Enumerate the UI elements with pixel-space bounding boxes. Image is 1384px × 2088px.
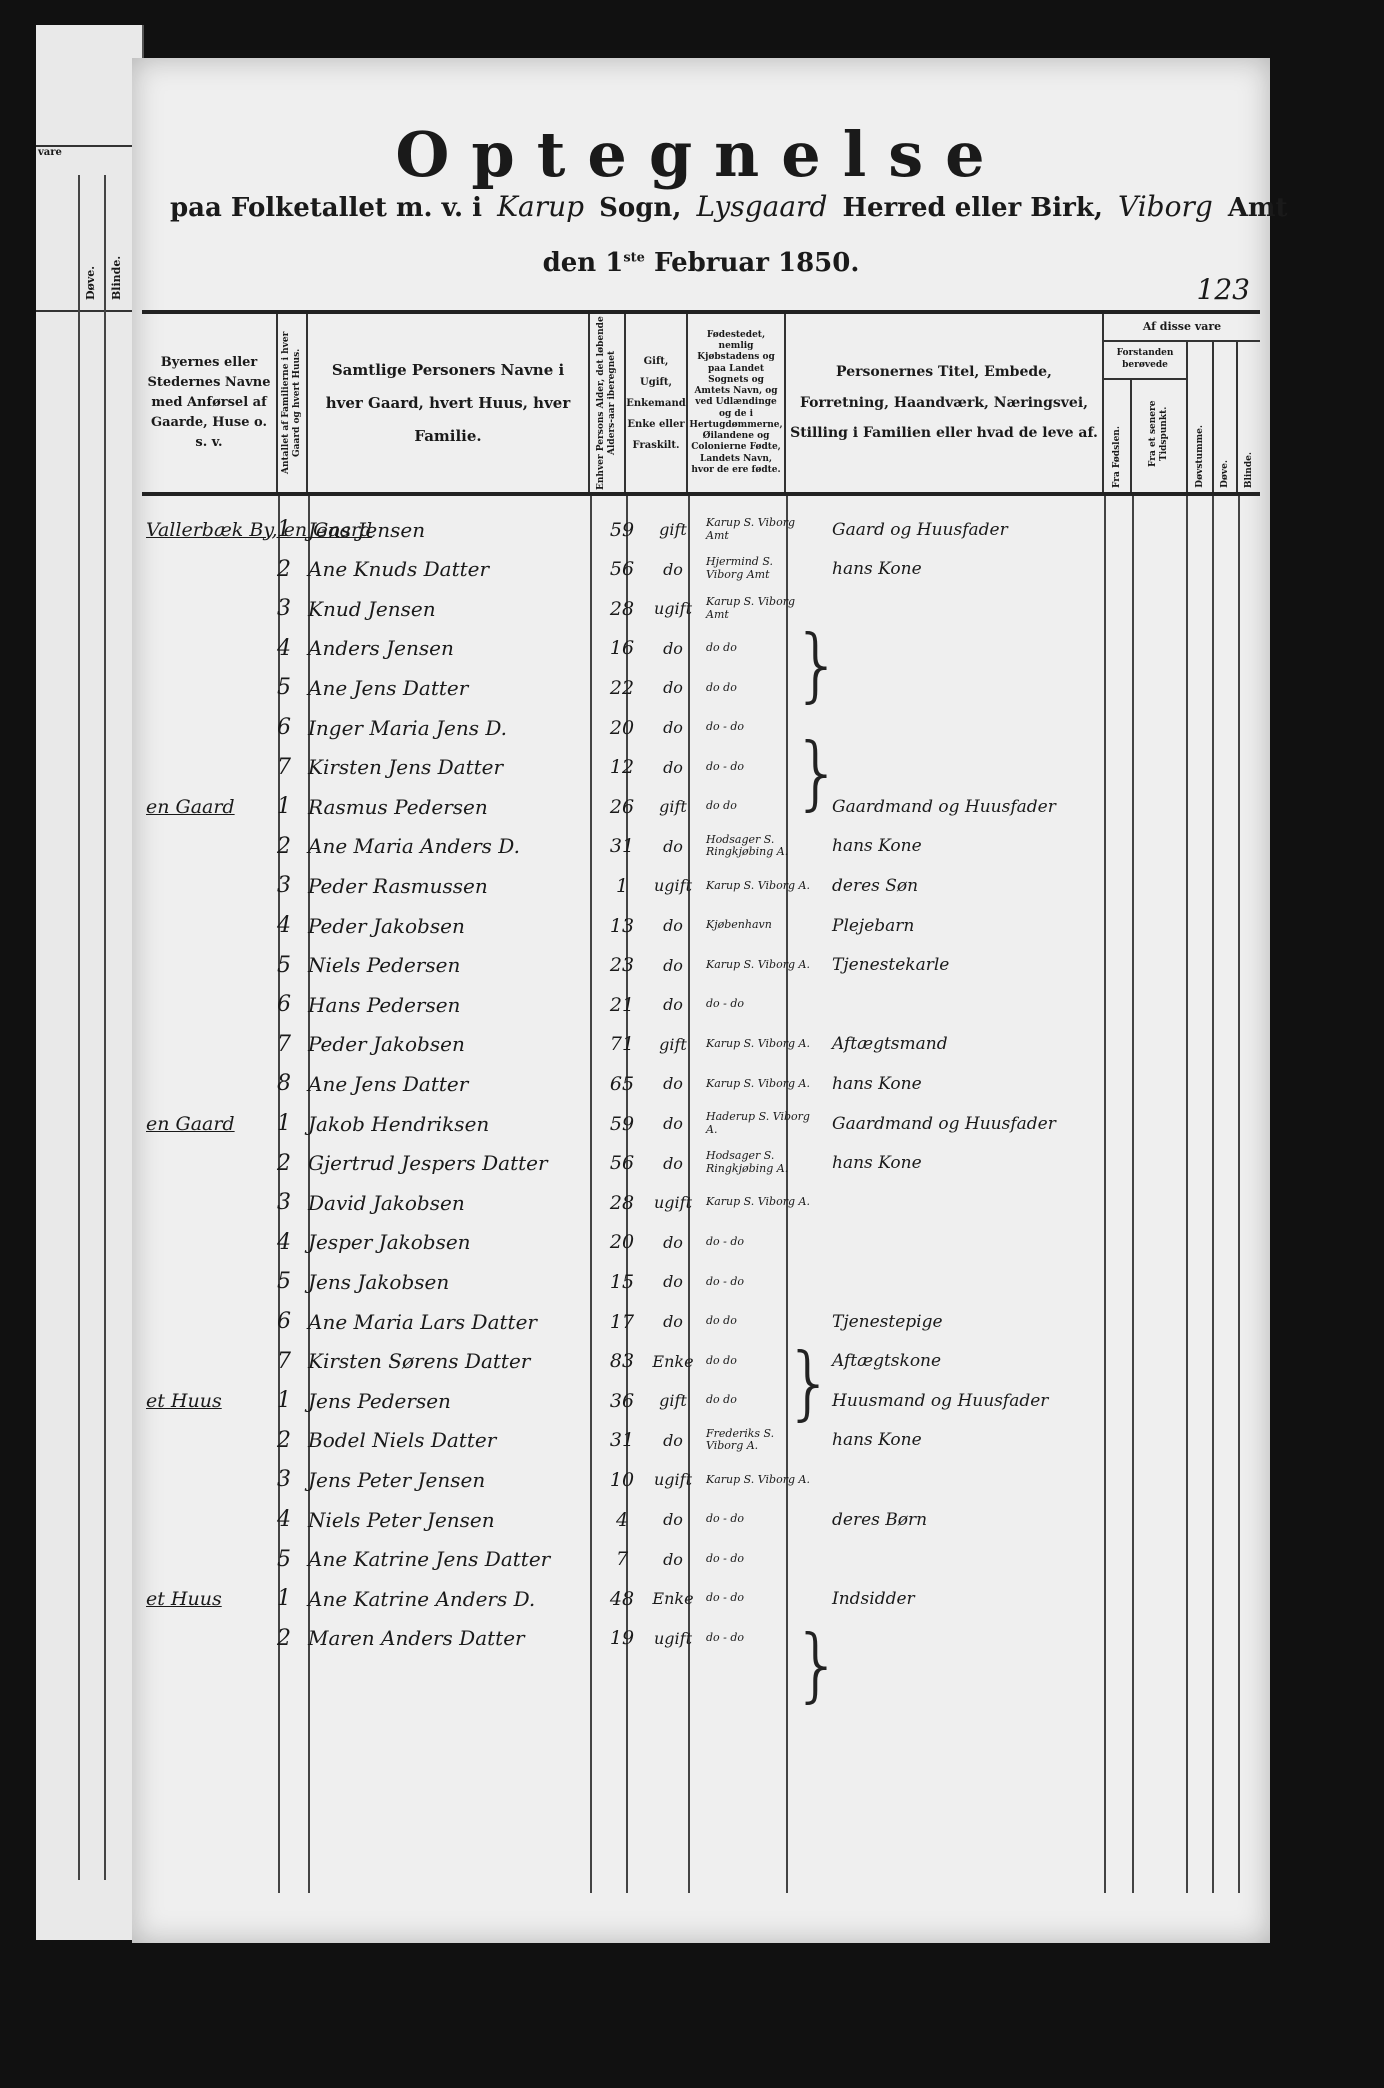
occupation	[832, 1183, 1132, 1222]
person-name: Bodel Niels Datter	[308, 1421, 598, 1460]
age: 23	[602, 946, 642, 985]
table-row: 5Ane Katrine Jens Datter7dodo - do	[132, 1540, 1270, 1579]
table-row: 7Kirsten Sørens Datter83Enkedo doAftægts…	[132, 1342, 1270, 1381]
table-row: et Huus1Ane Katrine Anders D.48Enkedo - …	[132, 1579, 1270, 1618]
age: 71	[602, 1025, 642, 1064]
table-row: 5Ane Jens Datter22dodo do	[132, 668, 1270, 707]
person-name: Maren Anders Datter	[308, 1619, 598, 1658]
occupation	[832, 1262, 1132, 1301]
person-name: Ane Jens Datter	[308, 1064, 598, 1103]
place-cell	[146, 985, 266, 1024]
civil-status: do	[644, 1421, 702, 1460]
table-row: 2Maren Anders Datter19ugiftdo - do	[132, 1619, 1270, 1658]
sub-col-label: Døvstumme.	[1195, 425, 1206, 488]
place-cell: Vallerbæk By, en Gaard	[146, 510, 266, 549]
place-cell: en Gaard	[146, 1104, 266, 1143]
age: 10	[602, 1460, 642, 1499]
col-header-names: Samtlige Personers Navne i hver Gaard, h…	[308, 314, 590, 492]
person-name: Ane Katrine Anders D.	[308, 1579, 598, 1618]
family-number: 1	[274, 1381, 294, 1420]
sub-col-later: Fra et senere Tidspunkt.	[1132, 380, 1188, 492]
col-header-place: Byernes eller Stedernes Navne med Anførs…	[142, 314, 278, 492]
table-row: 4Niels Peter Jensen4dodo - doderes Børn	[132, 1500, 1270, 1539]
table-row: 7Kirsten Jens Datter12dodo - do	[132, 748, 1270, 787]
occupation	[832, 708, 1132, 747]
place-cell	[146, 629, 266, 668]
birthplace: Karup S. Viborg A.	[706, 1460, 810, 1499]
age: 28	[602, 589, 642, 628]
family-number: 5	[274, 1540, 294, 1579]
age: 59	[602, 1104, 642, 1143]
civil-status: do	[644, 748, 702, 787]
prev-page-col-label: Døve.	[84, 266, 97, 300]
family-number: 3	[274, 1460, 294, 1499]
table-row: 5Niels Pedersen23doKarup S. Viborg A.Tje…	[132, 946, 1270, 985]
occupation: Indsidder	[832, 1579, 1132, 1618]
family-number: 5	[274, 1262, 294, 1301]
person-name: Rasmus Pedersen	[308, 787, 598, 826]
table-row: 3Jens Peter Jensen10ugiftKarup S. Viborg…	[132, 1460, 1270, 1499]
family-number: 8	[274, 1064, 294, 1103]
table-row: Vallerbæk By, en Gaard1Jens Jensen59gift…	[132, 510, 1270, 549]
person-name: Jens Jensen	[308, 510, 598, 549]
occupation	[832, 668, 1132, 707]
occupation	[832, 1460, 1132, 1499]
civil-status: ugift	[644, 1619, 702, 1658]
birthplace: Karup S. Viborg A.	[706, 866, 810, 905]
table-row: et Huus1Jens Pedersen36giftdo doHuusmand…	[132, 1381, 1270, 1420]
civil-status: ugift	[644, 1460, 702, 1499]
table-row: en Gaard1Jakob Hendriksen59doHaderup S. …	[132, 1104, 1270, 1143]
civil-status: ugift	[644, 1183, 702, 1222]
family-number: 4	[274, 1500, 294, 1539]
deprived-label: Forstanden berøvede	[1104, 342, 1188, 380]
brace-group: }	[792, 726, 843, 819]
family-number: 2	[274, 827, 294, 866]
family-number: 6	[274, 1302, 294, 1341]
birthplace: do - do	[706, 985, 810, 1024]
prev-page-column-line	[104, 175, 106, 1880]
age: 12	[602, 748, 642, 787]
place-cell	[146, 1342, 266, 1381]
age: 59	[602, 510, 642, 549]
person-name: David Jakobsen	[308, 1183, 598, 1222]
civil-status: do	[644, 550, 702, 589]
previous-page-edge: vare Døve. Blinde.	[36, 25, 144, 1940]
birthplace: do - do	[706, 1223, 810, 1262]
age: 4	[602, 1500, 642, 1539]
family-number: 4	[274, 1223, 294, 1262]
civil-status: do	[644, 1540, 702, 1579]
person-name: Peder Rasmussen	[308, 866, 598, 905]
civil-status: do	[644, 827, 702, 866]
age: 22	[602, 668, 642, 707]
family-number: 3	[274, 589, 294, 628]
person-name: Kirsten Jens Datter	[308, 748, 598, 787]
civil-status: do	[644, 985, 702, 1024]
occupation: hans Kone	[832, 827, 1132, 866]
civil-status: do	[644, 1302, 702, 1341]
table-row: 4Anders Jensen16dodo do	[132, 629, 1270, 668]
prev-page-rule	[36, 310, 142, 312]
col-header-family-no-text: Antallet af Familierne i hver Gaard og h…	[281, 316, 303, 490]
family-number: 6	[274, 985, 294, 1024]
civil-status: Enke	[644, 1579, 702, 1618]
occupation: Gaardmand og Huusfader	[832, 1104, 1132, 1143]
civil-status: do	[644, 708, 702, 747]
birthplace: Hjermind S. Viborg Amt	[706, 550, 810, 589]
parish-name: Karup	[497, 190, 584, 223]
table-row: en Gaard1Rasmus Pedersen26giftdo doGaard…	[132, 787, 1270, 826]
family-number: 7	[274, 1342, 294, 1381]
birthplace: Karup S. Viborg A.	[706, 1064, 810, 1103]
birthplace: Karup S. Viborg Amt	[706, 510, 810, 549]
occupation: Huusmand og Huusfader	[832, 1381, 1132, 1420]
table-row: 8Ane Jens Datter65doKarup S. Viborg A.ha…	[132, 1064, 1270, 1103]
birthplace: Karup S. Viborg A.	[706, 1025, 810, 1064]
census-rows: Vallerbæk By, en Gaard1Jens Jensen59gift…	[132, 510, 1270, 1650]
prev-page-column-line	[78, 175, 80, 1880]
person-name: Jens Pedersen	[308, 1381, 598, 1420]
civil-status: do	[644, 1064, 702, 1103]
person-name: Knud Jensen	[308, 589, 598, 628]
page-number: 123	[1197, 273, 1250, 306]
place-cell: et Huus	[146, 1579, 266, 1618]
civil-status: gift	[644, 787, 702, 826]
sub-col-blind: Blinde.	[1238, 342, 1260, 492]
family-number: 1	[274, 1104, 294, 1143]
occupation: Gaardmand og Huusfader	[832, 787, 1132, 826]
brace-group: }	[792, 618, 843, 711]
table-row: 3Peder Rasmussen1ugiftKarup S. Viborg A.…	[132, 866, 1270, 905]
place-cell	[146, 1540, 266, 1579]
age: 13	[602, 906, 642, 945]
census-date: den 1ste Februar 1850.	[132, 248, 1270, 278]
occupation: Aftægtsmand	[832, 1025, 1132, 1064]
place-cell	[146, 668, 266, 707]
birthplace: do - do	[706, 1500, 810, 1539]
civil-status: do	[644, 629, 702, 668]
birthplace: Haderup S. Viborg A.	[706, 1104, 810, 1143]
col-header-age: Enhver Persons Alder, det løbende Alders…	[590, 314, 626, 492]
civil-status: do	[644, 906, 702, 945]
birthplace: Karup S. Viborg A.	[706, 1183, 810, 1222]
sub-col-label: Fra et senere Tidspunkt.	[1148, 380, 1170, 488]
birthplace: do - do	[706, 1540, 810, 1579]
place-cell	[146, 550, 266, 589]
family-number: 3	[274, 866, 294, 905]
person-name: Ane Knuds Datter	[308, 550, 598, 589]
place-cell	[146, 708, 266, 747]
birthplace: Kjøbenhavn	[706, 906, 810, 945]
age: 15	[602, 1262, 642, 1301]
prev-page-header: vare	[38, 147, 62, 158]
occupation	[832, 629, 1132, 668]
civil-status: gift	[644, 1381, 702, 1420]
person-name: Anders Jensen	[308, 629, 598, 668]
civil-status: ugift	[644, 589, 702, 628]
date-prefix: den 1	[543, 248, 624, 278]
table-row: 7Peder Jakobsen71giftKarup S. Viborg A.A…	[132, 1025, 1270, 1064]
table-row: 4Peder Jakobsen13doKjøbenhavnPlejebarn	[132, 906, 1270, 945]
brace-group: }	[792, 1618, 843, 1711]
family-number: 4	[274, 906, 294, 945]
place-cell	[146, 827, 266, 866]
person-name: Niels Peter Jensen	[308, 1500, 598, 1539]
occupation	[832, 1540, 1132, 1579]
age: 26	[602, 787, 642, 826]
person-name: Jesper Jakobsen	[308, 1223, 598, 1262]
age: 21	[602, 985, 642, 1024]
place-cell	[146, 1262, 266, 1301]
col-header-birthplace: Fødestedet, nemlig Kjøbstadens og paa La…	[688, 314, 786, 492]
occupation	[832, 589, 1132, 628]
col-header-civil: Gift, Ugift, Enkemand Enke eller Fraskil…	[626, 314, 688, 492]
amt-name: Viborg	[1118, 190, 1213, 223]
civil-status: do	[644, 1500, 702, 1539]
occupation: Tjenestepige	[832, 1302, 1132, 1341]
age: 56	[602, 1144, 642, 1183]
place-cell	[146, 906, 266, 945]
age: 28	[602, 1183, 642, 1222]
family-number: 2	[274, 1619, 294, 1658]
col-header-family-no: Antallet af Familierne i hver Gaard og h…	[278, 314, 308, 492]
family-number: 6	[274, 708, 294, 747]
age: 1	[602, 866, 642, 905]
age: 83	[602, 1342, 642, 1381]
person-name: Jens Jakobsen	[308, 1262, 598, 1301]
family-number: 1	[274, 1579, 294, 1618]
col-header-of-these: Af disse vare Forstanden berøvede Fra Fø…	[1104, 314, 1260, 492]
place-cell	[146, 866, 266, 905]
table-row: 6Hans Pedersen21dodo - do	[132, 985, 1270, 1024]
person-name: Ane Maria Lars Datter	[308, 1302, 598, 1341]
family-number: 2	[274, 1421, 294, 1460]
birthplace: Hodsager S. Ringkjøbing A.	[706, 1144, 810, 1183]
place-cell	[146, 1183, 266, 1222]
prev-page-col-label: Blinde.	[110, 256, 123, 300]
census-page: Optegnelse paa Folketallet m. v. i Karup…	[132, 58, 1270, 1943]
civil-status: do	[644, 1223, 702, 1262]
family-number: 3	[274, 1183, 294, 1222]
occupation: Tjenestekarle	[832, 946, 1132, 985]
family-number: 7	[274, 748, 294, 787]
person-name: Kirsten Sørens Datter	[308, 1342, 598, 1381]
herred-name: Lysgaard	[696, 190, 827, 223]
age: 16	[602, 629, 642, 668]
table-row: 2Gjertrud Jespers Datter56doHodsager S. …	[132, 1144, 1270, 1183]
birthplace: do - do	[706, 1579, 810, 1618]
civil-status: Enke	[644, 1342, 702, 1381]
family-number: 5	[274, 946, 294, 985]
sub-col-label: Blinde.	[1244, 452, 1255, 488]
age: 17	[602, 1302, 642, 1341]
col-header-age-text: Enhver Persons Alder, det løbende Alders…	[596, 316, 618, 490]
place-cell	[146, 1619, 266, 1658]
person-name: Ane Jens Datter	[308, 668, 598, 707]
person-name: Ane Maria Anders D.	[308, 827, 598, 866]
civil-status: ugift	[644, 866, 702, 905]
civil-status: do	[644, 1104, 702, 1143]
occupation: hans Kone	[832, 1064, 1132, 1103]
place-cell	[146, 946, 266, 985]
table-row: 2Ane Maria Anders D.31doHodsager S. Ring…	[132, 827, 1270, 866]
age: 48	[602, 1579, 642, 1618]
place-cell	[146, 1025, 266, 1064]
person-name: Niels Pedersen	[308, 946, 598, 985]
occupation: Plejebarn	[832, 906, 1132, 945]
sub-col-label: Døve.	[1220, 460, 1231, 488]
date-sup: ste	[623, 250, 645, 265]
occupation: Aftægtskone	[832, 1342, 1132, 1381]
civil-status: do	[644, 1262, 702, 1301]
herred-suffix: Herred eller Birk,	[842, 193, 1102, 223]
occupation: hans Kone	[832, 550, 1132, 589]
birthplace: Hodsager S. Ringkjøbing A.	[706, 827, 810, 866]
place-cell	[146, 1144, 266, 1183]
date-rest: Februar 1850.	[654, 248, 859, 278]
sub-col-label: Fra Fødslen.	[1112, 426, 1123, 488]
occupation	[832, 985, 1132, 1024]
sub-col-from-birth: Fra Fødslen.	[1104, 380, 1132, 492]
person-name: Peder Jakobsen	[308, 1025, 598, 1064]
occupation: hans Kone	[832, 1144, 1132, 1183]
table-header: Byernes eller Stedernes Navne med Anførs…	[142, 314, 1260, 496]
civil-status: do	[644, 1144, 702, 1183]
person-name: Jens Peter Jensen	[308, 1460, 598, 1499]
occupation: Gaard og Huusfader	[832, 510, 1132, 549]
brace-group: }	[784, 1336, 835, 1429]
age: 56	[602, 550, 642, 589]
occupation	[832, 1223, 1132, 1262]
person-name: Ane Katrine Jens Datter	[308, 1540, 598, 1579]
place-cell	[146, 1302, 266, 1341]
table-row: 5Jens Jakobsen15dodo - do	[132, 1262, 1270, 1301]
table-row: 6Ane Maria Lars Datter17dodo doTjenestep…	[132, 1302, 1270, 1341]
table-row: 3David Jakobsen28ugiftKarup S. Viborg A.	[132, 1183, 1270, 1222]
sub-col-deafmute: Døvstumme.	[1188, 342, 1214, 492]
family-number: 1	[274, 787, 294, 826]
family-number: 4	[274, 629, 294, 668]
person-name: Hans Pedersen	[308, 985, 598, 1024]
age: 31	[602, 827, 642, 866]
table-row: 4Jesper Jakobsen20dodo - do	[132, 1223, 1270, 1262]
occupation	[832, 1619, 1132, 1658]
of-these-label: Af disse vare	[1104, 314, 1260, 342]
parish-suffix: Sogn,	[599, 193, 681, 223]
family-number: 2	[274, 550, 294, 589]
age: 20	[602, 708, 642, 747]
table-row: 2Bodel Niels Datter31doFrederiks S. Vibo…	[132, 1421, 1270, 1460]
age: 36	[602, 1381, 642, 1420]
age: 65	[602, 1064, 642, 1103]
family-number: 5	[274, 668, 294, 707]
age: 20	[602, 1223, 642, 1262]
census-location-line: paa Folketallet m. v. i Karup Sogn, Lysg…	[170, 190, 1288, 223]
birthplace: Karup S. Viborg A.	[706, 946, 810, 985]
occupation: deres Børn	[832, 1500, 1132, 1539]
place-cell	[146, 1223, 266, 1262]
amt-suffix: Amt	[1228, 193, 1288, 223]
family-number: 7	[274, 1025, 294, 1064]
table-row: 6Inger Maria Jens D.20dodo - do	[132, 708, 1270, 747]
place-cell	[146, 748, 266, 787]
table-row: 2Ane Knuds Datter56doHjermind S. Viborg …	[132, 550, 1270, 589]
civil-status: do	[644, 668, 702, 707]
col-header-occupation: Personernes Titel, Embede, Forretning, H…	[786, 314, 1104, 492]
civil-status: gift	[644, 510, 702, 549]
place-cell	[146, 1500, 266, 1539]
sub-col-deaf: Døve.	[1214, 342, 1238, 492]
occupation: hans Kone	[832, 1421, 1132, 1460]
page-title: Optegnelse	[132, 118, 1270, 191]
age: 19	[602, 1619, 642, 1658]
birthplace: do - do	[706, 1262, 810, 1301]
family-number: 2	[274, 1144, 294, 1183]
place-cell	[146, 589, 266, 628]
person-name: Jakob Hendriksen	[308, 1104, 598, 1143]
place-cell: en Gaard	[146, 787, 266, 826]
place-cell	[146, 1064, 266, 1103]
person-name: Gjertrud Jespers Datter	[308, 1144, 598, 1183]
place-cell	[146, 1421, 266, 1460]
occupation: deres Søn	[832, 866, 1132, 905]
occupation	[832, 748, 1132, 787]
age: 7	[602, 1540, 642, 1579]
person-name: Peder Jakobsen	[308, 906, 598, 945]
person-name: Inger Maria Jens D.	[308, 708, 598, 747]
line-prefix: paa Folketallet m. v. i	[170, 193, 482, 223]
age: 31	[602, 1421, 642, 1460]
civil-status: gift	[644, 1025, 702, 1064]
table-row: 3Knud Jensen28ugiftKarup S. Viborg Amt	[132, 589, 1270, 628]
civil-status: do	[644, 946, 702, 985]
place-cell: et Huus	[146, 1381, 266, 1420]
place-cell	[146, 1460, 266, 1499]
family-number: 1	[274, 510, 294, 549]
